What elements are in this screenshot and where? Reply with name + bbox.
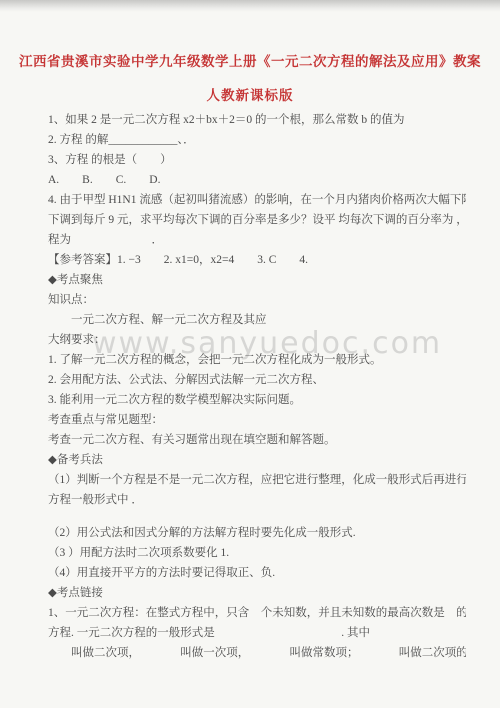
section-exam-focus: ◆考点聚焦 (48, 270, 466, 290)
document-title: 江西省贵溪市实验中学九年级数学上册《一元二次方程的解法及应用》教案 (0, 50, 500, 70)
knowledge-points-label: 知识点： (48, 290, 466, 310)
syllabus-requirement-2: 2. 会用配方法、公式法、分解因式法解一元二次方程、 (48, 370, 466, 390)
section-exam-links: ◆考点链接 (48, 583, 466, 603)
strategy-2: （2）用公式法和因式分解的方法解方程时要先化成一般形式. (48, 523, 466, 543)
syllabus-requirement-3: 3. 能利用一元二次方程的数学模型解决实际问题。 (48, 390, 466, 410)
question-3-choices: A. B. C. D. (48, 170, 466, 190)
question-4-line3: 程为 ． (48, 230, 466, 250)
strategy-3: （3 ）用配方法时二次项系数要化 1. (48, 543, 466, 563)
question-3: 3、方程 的根是（ ） (48, 150, 466, 170)
document-title-block: 江西省贵溪市实验中学九年级数学上册《一元二次方程的解法及应用》教案 人教新课标版 (0, 50, 500, 104)
definition-line3: 叫做二次项， 叫做一次项， 叫做常数项； 叫做二次项的系数， ． (48, 643, 466, 663)
syllabus-requirements-label: 大纲要求： (48, 330, 466, 350)
strategy-1-line2: 方程一般形式中 ． (48, 490, 466, 510)
question-4-line1: 4. 由于甲型 H1N1 流感（起初叫猪流感）的影响，在一个月内猪肉价格两次大幅… (48, 190, 466, 210)
exam-key-points-label: 考查重点与常见题型： (48, 410, 466, 430)
reference-answers: 【参考答案】1. −3 2. x1=0，x2=4 3. C 4. (48, 250, 466, 270)
question-4-line2: 下调到每斤 9 元，求平均每次下调的百分率是多少？设平 均每次下调的百分率为 ，… (48, 210, 466, 230)
syllabus-requirement-1: 1. 了解一元二次方程的概念，会把一元二次方程化成为一般形式。 (48, 350, 466, 370)
document-body: 1、如果 2 是一元二次方程 x2＋bx＋2＝0 的一个根，那么常数 b 的值为… (48, 110, 466, 663)
strategy-4: （4）用直接开平方的方法时要记得取正、负. (48, 563, 466, 583)
document-subtitle: 人教新课标版 (0, 84, 500, 104)
scanned-document-page: 江西省贵溪市实验中学九年级数学上册《一元二次方程的解法及应用》教案 人教新课标版… (0, 0, 500, 708)
question-2: 2. 方程 的解____________、． (48, 130, 466, 150)
section-exam-strategy: ◆备考兵法 (48, 450, 466, 470)
exam-key-points-content: 考查一元二次方程、有关习题常出现在填空题和解答题。 (48, 430, 466, 450)
definition-line1: 1、一元二次方程：在整式方程中，只含 个未知数，并且未知数的最高次数是 的方程叫… (48, 603, 466, 623)
knowledge-points-content: 一元二次方程、解一元二次方程及其应 (48, 310, 466, 330)
definition-line2: 方程. 一元二次方程的一般形式是 . 其中 (48, 623, 466, 643)
question-1: 1、如果 2 是一元二次方程 x2＋bx＋2＝0 的一个根，那么常数 b 的值为… (48, 110, 466, 130)
page-top-edge-shadow (0, 0, 500, 12)
strategy-1-line1: （1）判断一个方程是不是一元二次方程，应把它进行整理，化成一般形式后再进行判断，… (48, 470, 466, 490)
